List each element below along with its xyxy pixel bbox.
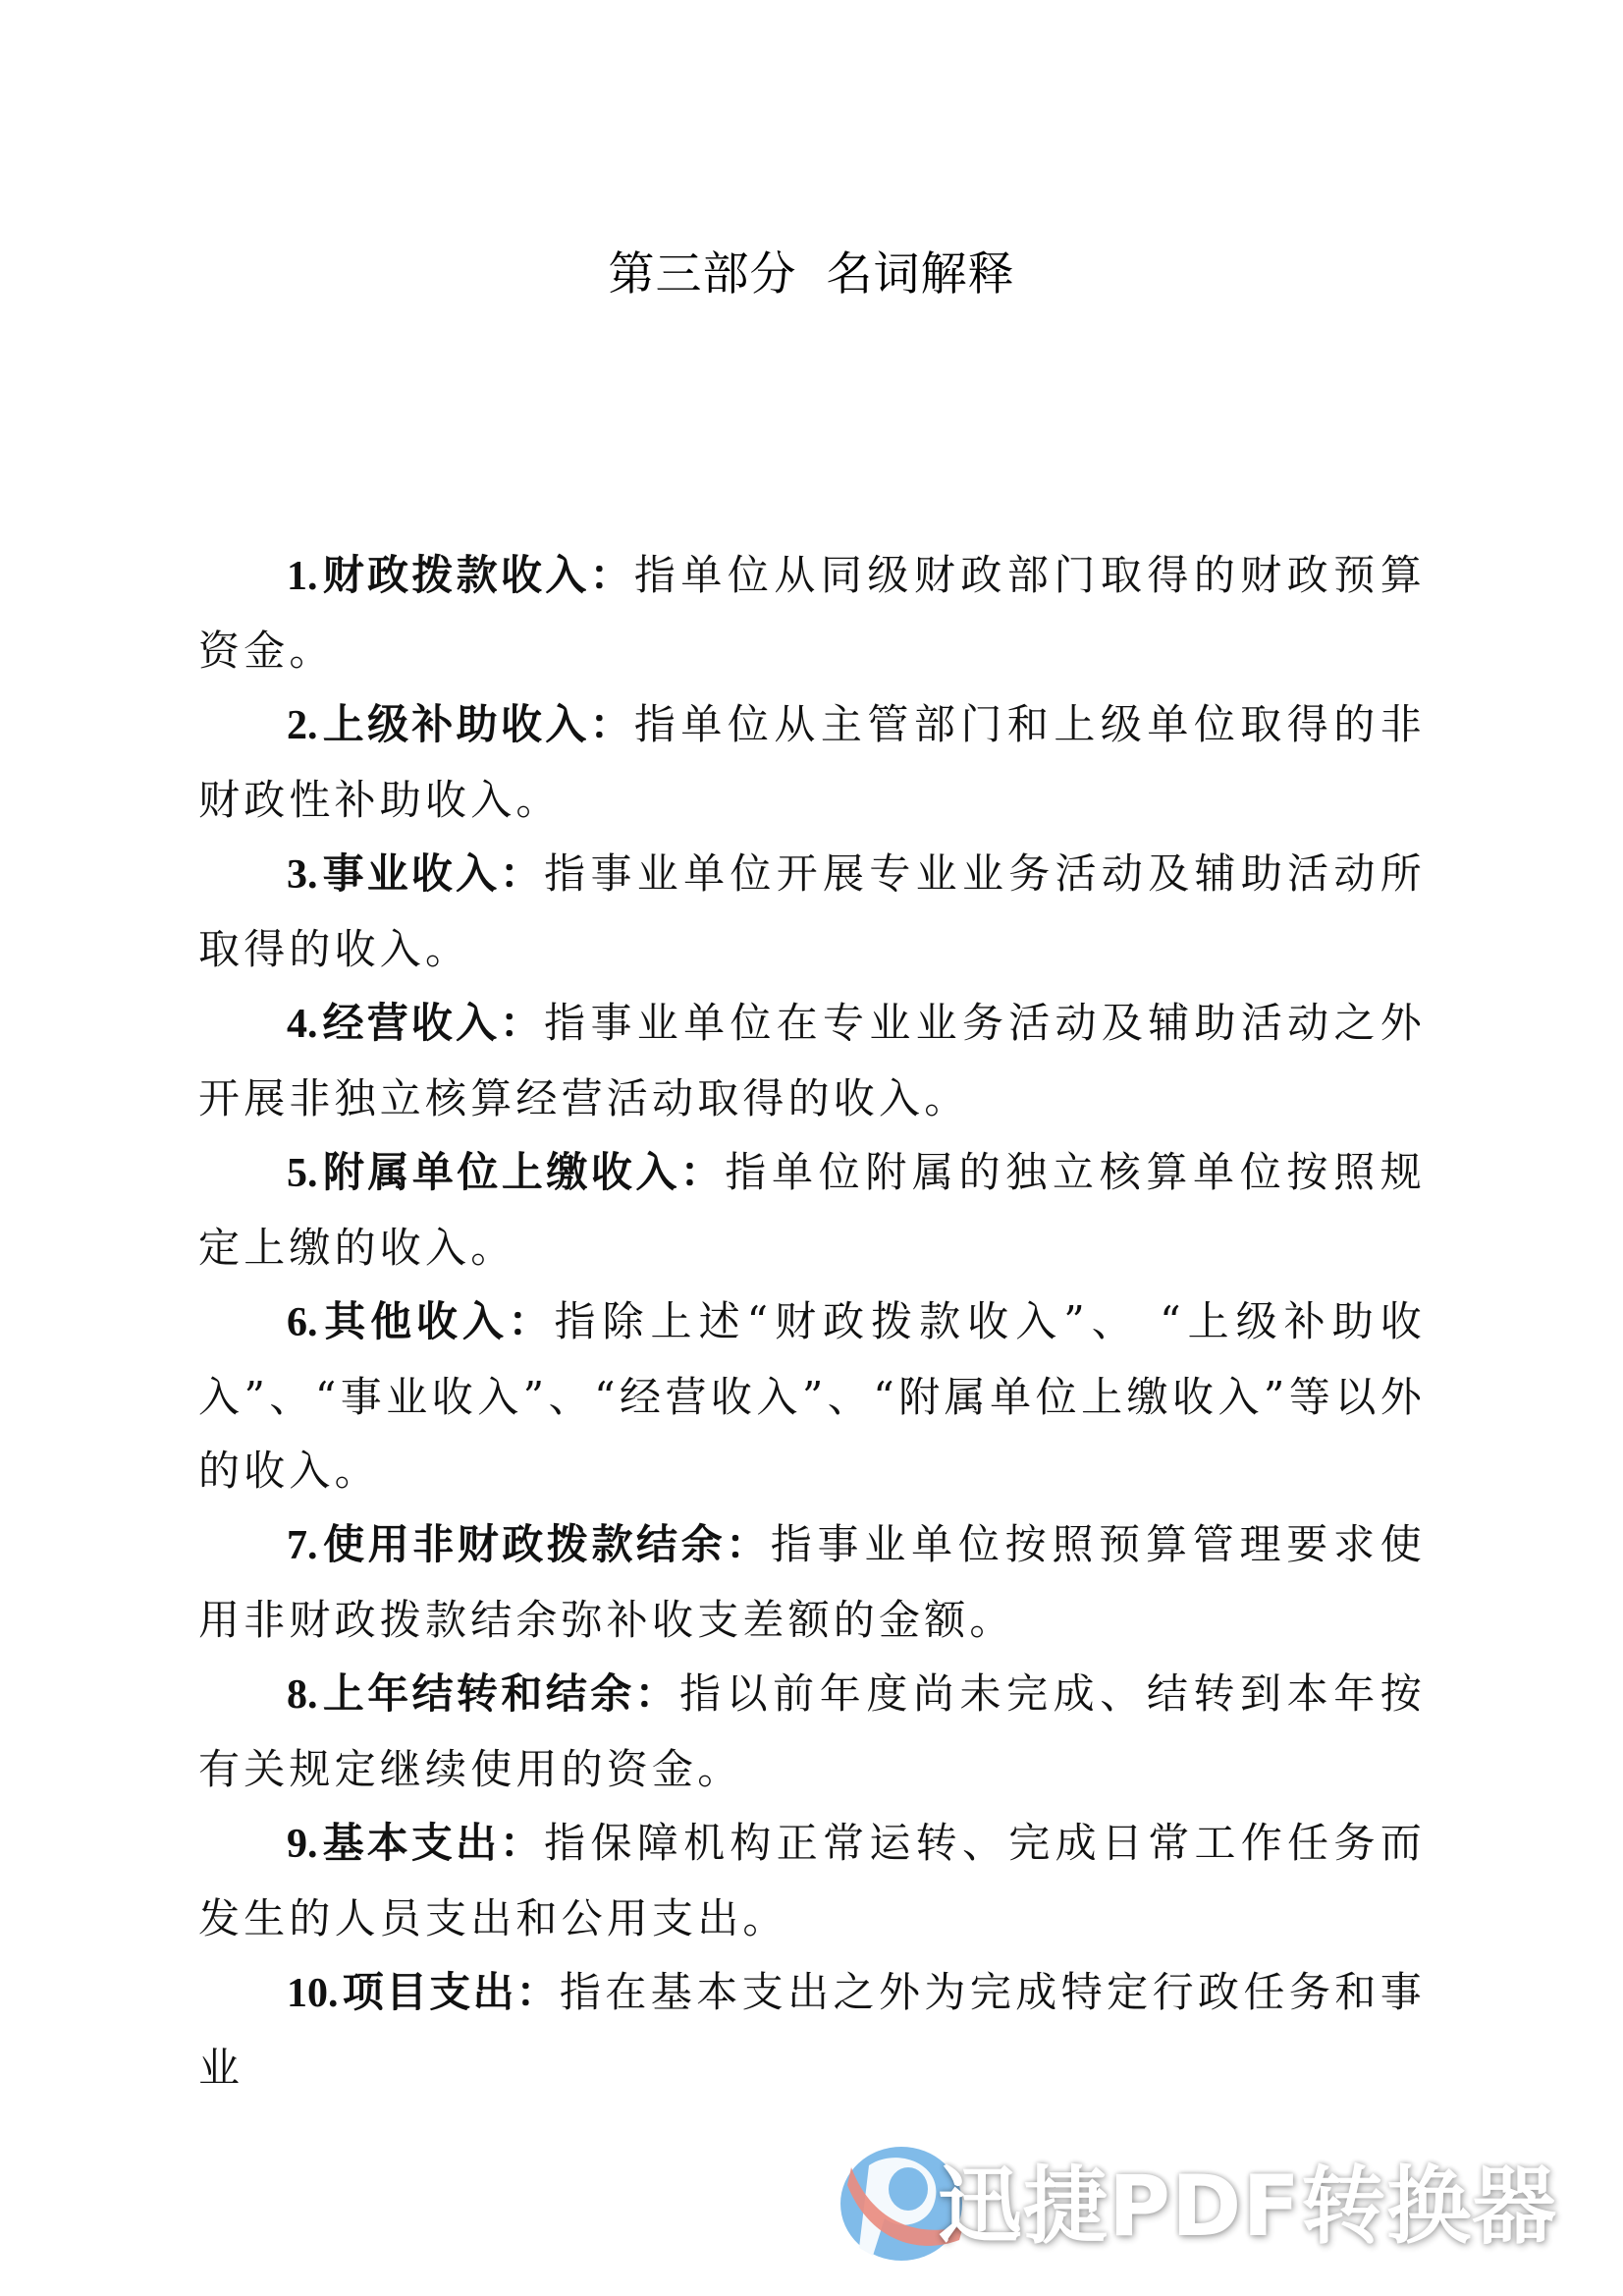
definition-term: 8.上年结转和结余： [287,1669,679,1718]
definition-number: 3. [287,852,318,898]
definition-term: 10.项目支出： [287,1968,560,2016]
definition-term-label: 项目支出： [343,1968,560,2016]
definition-paragraph: 1.财政拨款收入：指单位从同级财政部门取得的财政预算资金。 [198,538,1426,687]
definition-paragraph: 4.经营收入：指事业单位在专业业务活动及辅助活动之外开展非独立核算经营活动取得的… [198,986,1426,1135]
title-part: 第三部分 [609,247,797,301]
page-title: 第三部分名词解释 [0,244,1623,306]
definition-term-label: 财政拨款收入： [322,551,634,599]
definition-number: 1. [287,554,318,599]
definition-term-label: 上级补助收入： [322,700,634,748]
definition-paragraph: 2.上级补助收入：指单位从主管部门和上级单位取得的非财政性补助收入。 [198,687,1426,837]
definition-term-label: 上年结转和结余： [322,1669,679,1718]
definition-term-label: 经营收入： [322,999,545,1047]
definition-paragraph: 6.其他收入：指除上述“财政拨款收入”、 “上级补助收入”、“事业收入”、“经营… [198,1285,1426,1507]
definition-paragraph: 5.附属单位上缴收入：指单位附属的独立核算单位按照规定上缴的收入。 [198,1135,1426,1285]
definition-term-label: 基本支出： [322,1819,545,1867]
definition-term-label: 其他收入： [322,1297,555,1345]
definition-number: 5. [287,1151,318,1196]
watermark-text: 迅捷PDF转换器 [938,2158,1557,2256]
definition-paragraph: 7.使用非财政拨款结余：指事业单位按照预算管理要求使用非财政拨款结余弥补收支差额… [198,1507,1426,1657]
definition-term-label: 使用非财政拨款结余： [322,1520,771,1568]
definition-term: 9.基本支出： [287,1819,544,1867]
definition-number: 7. [287,1523,318,1568]
definition-term: 2.上级补助收入： [287,700,634,748]
definition-term-label: 事业收入： [322,849,545,898]
definition-term: 3.事业收入： [287,849,544,898]
definition-paragraph: 10.项目支出：指在基本支出之外为完成特定行政任务和事业 [198,1955,1426,2105]
document-page: 第三部分名词解释 1.财政拨款收入：指单位从同级财政部门取得的财政预算资金。 2… [0,0,1623,2296]
definition-term: 4.经营收入： [287,999,544,1047]
definition-term: 5.附属单位上缴收入： [287,1148,725,1196]
definition-number: 9. [287,1822,318,1867]
definition-term: 1.财政拨款收入： [287,551,634,599]
definition-paragraph: 9.基本支出：指保障机构正常运转、完成日常工作任务而发生的人员支出和公用支出。 [198,1806,1426,1955]
definition-paragraph: 8.上年结转和结余：指以前年度尚未完成、结转到本年按有关规定继续使用的资金。 [198,1657,1426,1806]
definition-term: 7.使用非财政拨款结余： [287,1520,771,1568]
definition-paragraph: 3.事业收入：指事业单位开展专业业务活动及辅助活动所取得的收入。 [198,837,1426,986]
definition-number: 6. [287,1300,318,1345]
definition-number: 10. [287,1971,339,2016]
definitions-list: 1.财政拨款收入：指单位从同级财政部门取得的财政预算资金。 2.上级补助收入：指… [198,538,1426,2105]
definition-term-label: 附属单位上缴收入： [322,1148,726,1196]
definition-number: 4. [287,1002,318,1047]
definition-number: 2. [287,703,318,748]
definition-term: 6.其他收入： [287,1297,554,1345]
definition-number: 8. [287,1672,318,1718]
title-name: 名词解释 [827,247,1015,301]
converter-watermark: 迅捷PDF转换器 [839,2144,1596,2267]
